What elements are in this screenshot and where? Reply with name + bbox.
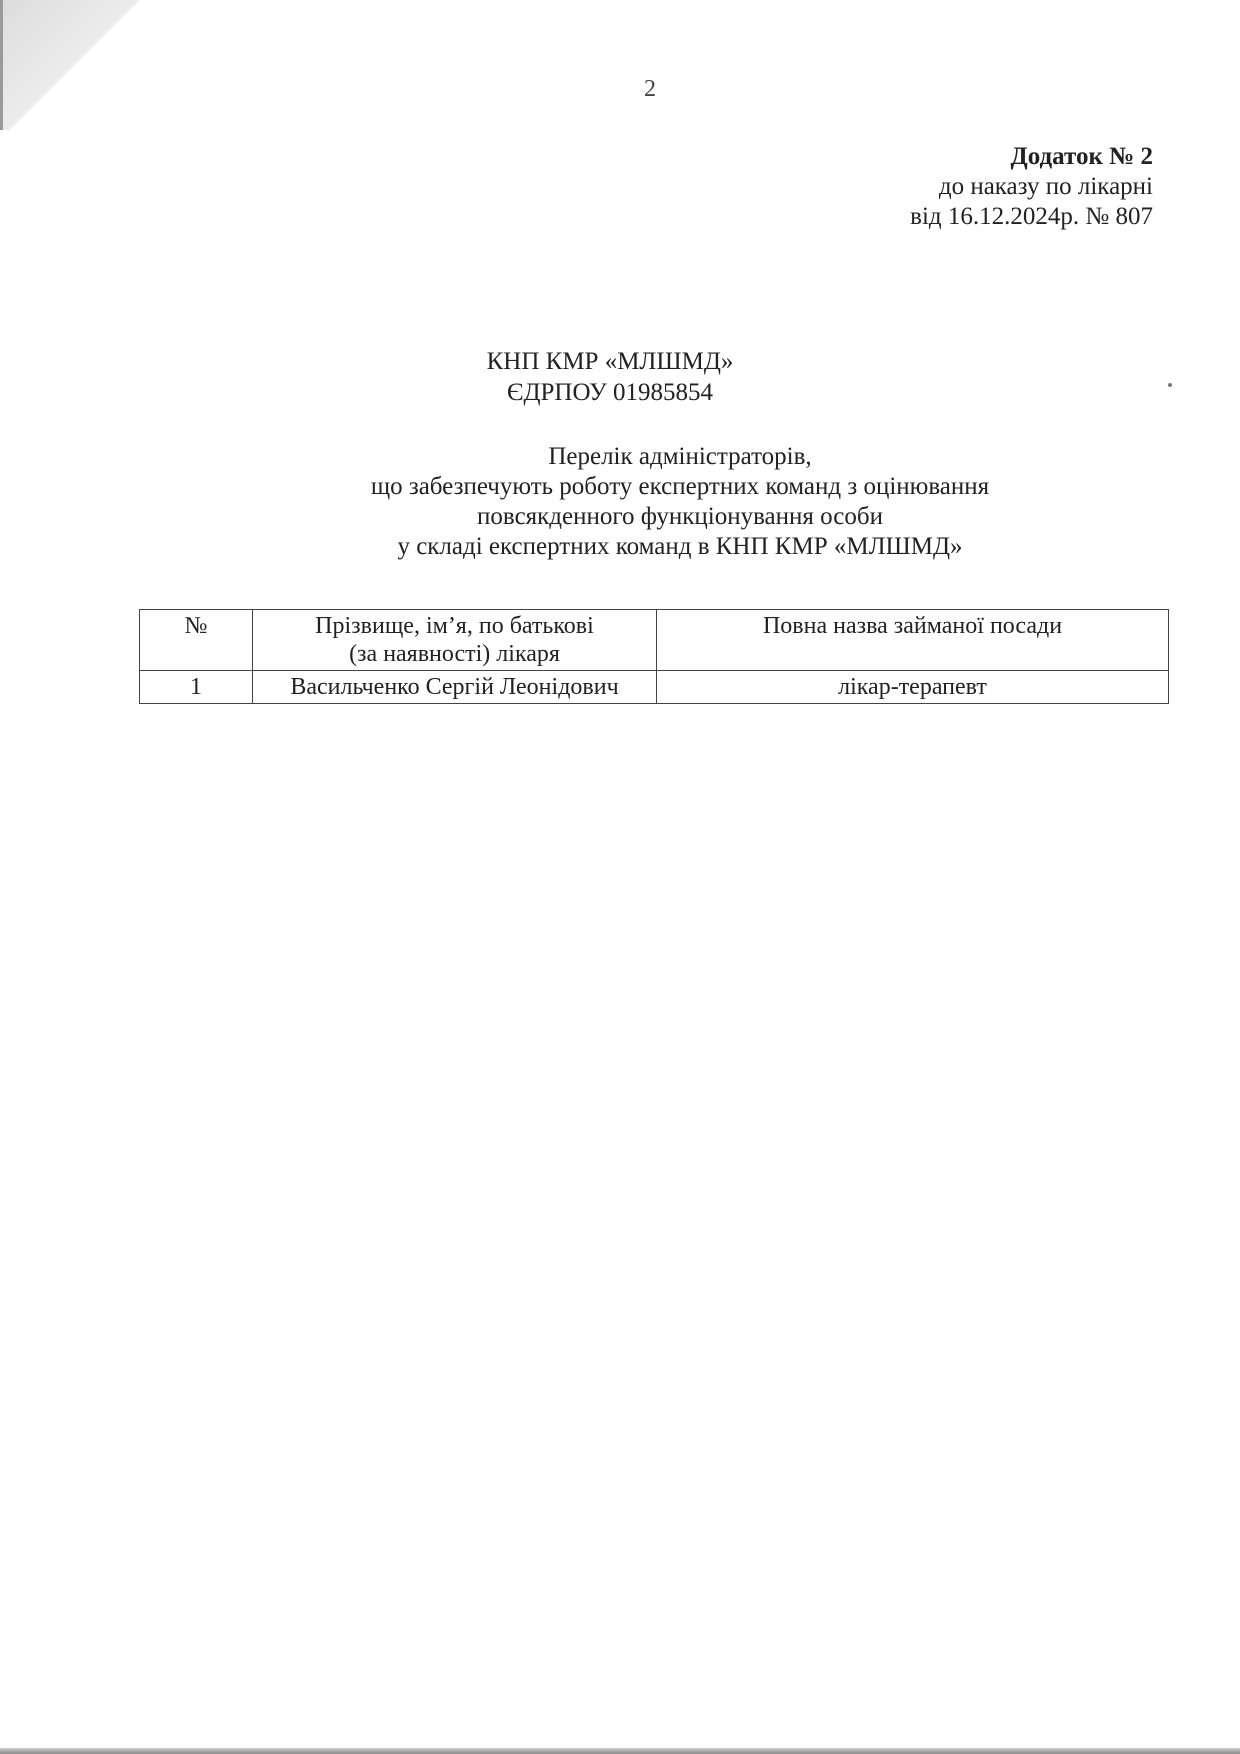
table-row: 1 Васильченко Сергій Леонідович лікар-те… [140,671,1169,704]
scan-edge-left [0,0,3,130]
header-full-name: Прізвище, ім’я, по батькові (за наявност… [253,610,657,671]
title-line: повсякденного функціонування особи [280,502,1080,532]
header-number: № [140,610,253,671]
appendix-block: Додаток № 2 до наказу по лікарні від 16.… [910,142,1153,232]
scan-edge-bottom [0,1748,1240,1754]
cell-number: 1 [140,671,253,704]
appendix-order-ref: до наказу по лікарні [910,172,1153,202]
document-title: Перелік адміністраторів, що забезпечують… [280,442,1080,562]
appendix-order-date: від 16.12.2024р. № 807 [910,202,1153,232]
header-full-name-line1: Прізвище, ім’я, по батькові [257,612,652,640]
administrators-table: № Прізвище, ім’я, по батькові (за наявно… [139,609,1169,704]
page-number: 2 [0,76,1240,103]
cell-position: лікар-терапевт [657,671,1169,704]
organization-block: КНП КМР «МЛШМД» ЄДРПОУ 01985854 [430,346,790,408]
folded-corner [0,0,150,130]
header-position: Повна назва займаної посади [657,610,1169,671]
table-header-row: № Прізвище, ім’я, по батькові (за наявно… [140,610,1169,671]
organization-edrpou: ЄДРПОУ 01985854 [430,377,790,408]
organization-name: КНП КМР «МЛШМД» [430,346,790,377]
appendix-title: Додаток № 2 [910,142,1153,172]
title-line: що забезпечують роботу експертних команд… [280,472,1080,502]
scan-speck [1168,383,1172,387]
cell-full-name: Васильченко Сергій Леонідович [253,671,657,704]
title-line: Перелік адміністраторів, [280,442,1080,472]
title-line: у складі експертних команд в КНП КМР «МЛ… [280,532,1080,562]
header-full-name-line2: (за наявності) лікаря [257,640,652,668]
